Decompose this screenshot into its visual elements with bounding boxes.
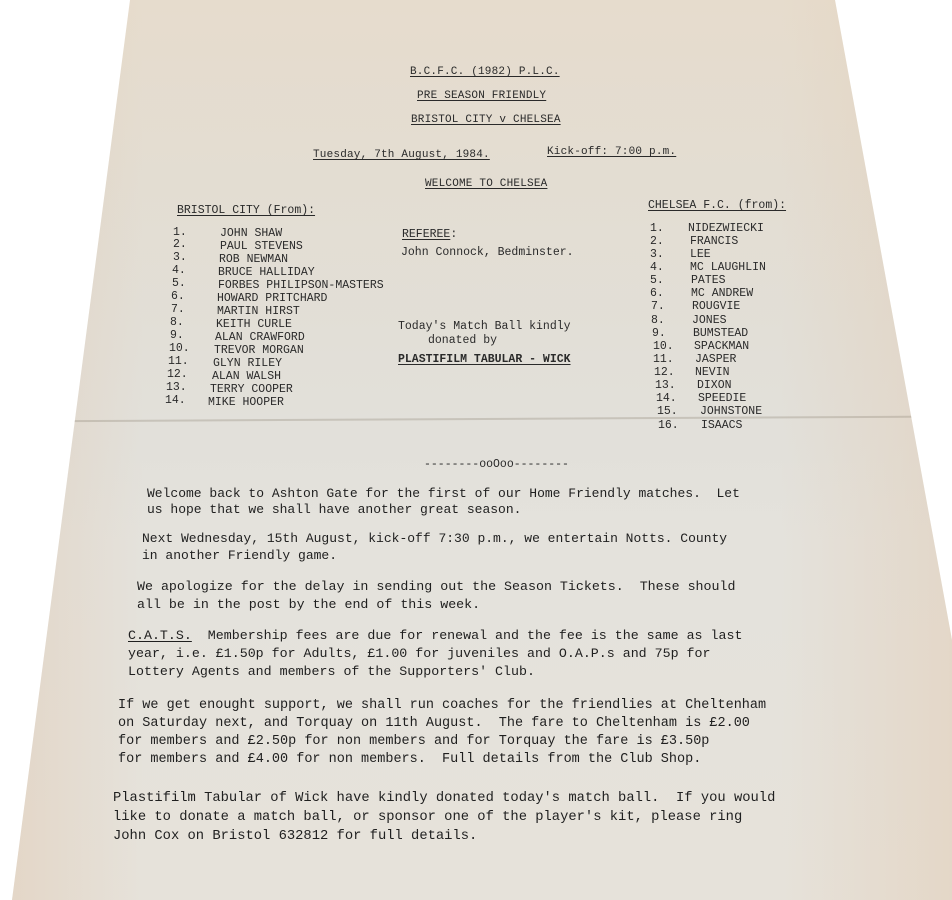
player-name: SPACKMAN — [694, 340, 749, 353]
player-name: MARTIN HIRST — [217, 305, 300, 318]
player-name: FORBES PHILIPSON-MASTERS — [218, 279, 384, 292]
player-number: 15. — [657, 405, 678, 418]
player-number: 6. — [650, 287, 664, 300]
player-number: 14. — [656, 392, 677, 405]
note-coaches: If we get enought support, we shall run … — [118, 697, 766, 769]
player-name: NEVIN — [695, 366, 730, 379]
paper-fold-line — [0, 416, 952, 423]
match-ball-line2: donated by — [428, 334, 497, 347]
player-number: 16. — [658, 419, 679, 432]
player-number: 13. — [166, 381, 187, 394]
player-name: ALAN WALSH — [212, 370, 281, 383]
player-name: TREVOR MORGAN — [214, 344, 304, 357]
player-name: LEE — [690, 248, 711, 261]
player-name: ROUGVIE — [692, 300, 740, 313]
note-season-tickets: We apologize for the delay in sending ou… — [137, 578, 735, 614]
player-number: 13. — [655, 379, 676, 392]
player-number: 9. — [170, 329, 184, 342]
player-name: FRANCIS — [690, 235, 738, 248]
player-name: TERRY COOPER — [210, 383, 293, 396]
player-name: JONES — [692, 314, 727, 327]
player-number: 12. — [654, 366, 675, 379]
player-number: 2. — [173, 238, 187, 251]
player-number: 11. — [653, 353, 674, 366]
player-number: 6. — [171, 290, 185, 303]
player-number: 14. — [165, 394, 186, 407]
player-name: KEITH CURLE — [216, 318, 292, 331]
player-number: 10. — [653, 340, 674, 353]
player-name: ALAN CRAWFORD — [215, 331, 305, 344]
player-name: ROB NEWMAN — [219, 253, 288, 266]
player-name: SPEEDIE — [698, 392, 746, 405]
home-team-title: BRISTOL CITY (From): — [177, 204, 315, 217]
player-number: 12. — [167, 368, 188, 381]
player-number: 4. — [172, 264, 186, 277]
referee-label: REFEREE — [402, 228, 450, 241]
player-number: 2. — [650, 235, 664, 248]
player-name: NIDEZWIECKI — [688, 222, 764, 235]
player-name: JASPER — [695, 353, 736, 366]
player-number: 3. — [173, 251, 187, 264]
welcome-heading: WELCOME TO CHELSEA — [425, 178, 547, 191]
player-name: MC ANDREW — [691, 287, 753, 300]
away-team-title: CHELSEA F.C. (from): — [648, 199, 786, 212]
referee-colon: : — [450, 228, 457, 241]
player-number: 9. — [652, 327, 666, 340]
player-number: 8. — [651, 314, 665, 327]
note-match-ball-sponsor: Plastifilm Tabular of Wick have kindly d… — [113, 789, 775, 846]
player-number: 7. — [651, 300, 665, 313]
event-title: PRE SEASON FRIENDLY — [417, 90, 546, 103]
match-ball-line1: Today's Match Ball kindly — [398, 320, 571, 333]
player-name: DIXON — [697, 379, 732, 392]
player-name: ISAACS — [701, 419, 742, 432]
section-divider: --------ooOoo-------- — [424, 458, 569, 471]
player-number: 11. — [168, 355, 189, 368]
player-name: GLYN RILEY — [213, 357, 282, 370]
company-title: B.C.F.C. (1982) P.L.C. — [410, 66, 560, 79]
programme-sheet: B.C.F.C. (1982) P.L.C. PRE SEASON FRIEND… — [0, 0, 952, 900]
note-next-match: Next Wednesday, 15th August, kick-off 7:… — [142, 530, 727, 564]
note-welcome: Welcome back to Ashton Gate for the firs… — [147, 486, 740, 518]
player-name: JOHNSTONE — [700, 405, 762, 418]
match-ball-sponsor: PLASTIFILM TABULAR - WICK — [398, 353, 571, 366]
match-date: Tuesday, 7th August, 1984. — [313, 149, 490, 162]
player-number: 5. — [650, 274, 664, 287]
player-number: 10. — [169, 342, 190, 355]
player-name: MC LAUGHLIN — [690, 261, 766, 274]
player-number: 5. — [172, 277, 186, 290]
player-number: 3. — [650, 248, 664, 261]
player-number: 1. — [650, 222, 664, 235]
player-number: 8. — [170, 316, 184, 329]
player-name: PATES — [691, 274, 726, 287]
kickoff-time: Kick-off: 7:00 p.m. — [547, 146, 676, 159]
note-cats-membership: C.A.T.S. Membership fees are due for ren… — [128, 627, 742, 681]
player-name: HOWARD PRITCHARD — [217, 292, 327, 305]
referee-label-group: REFEREE: — [402, 228, 457, 241]
player-name: MIKE HOOPER — [208, 396, 284, 409]
fixture-title: BRISTOL CITY v CHELSEA — [411, 114, 561, 127]
player-name: BUMSTEAD — [693, 327, 748, 340]
player-name: PAUL STEVENS — [220, 240, 303, 253]
referee-name: John Connock, Bedminster. — [401, 246, 574, 259]
player-number: 7. — [171, 303, 185, 316]
player-name: JOHN SHAW — [220, 227, 282, 240]
player-number: 4. — [650, 261, 664, 274]
cats-label: C.A.T.S. — [128, 628, 192, 643]
player-name: BRUCE HALLIDAY — [218, 266, 315, 279]
